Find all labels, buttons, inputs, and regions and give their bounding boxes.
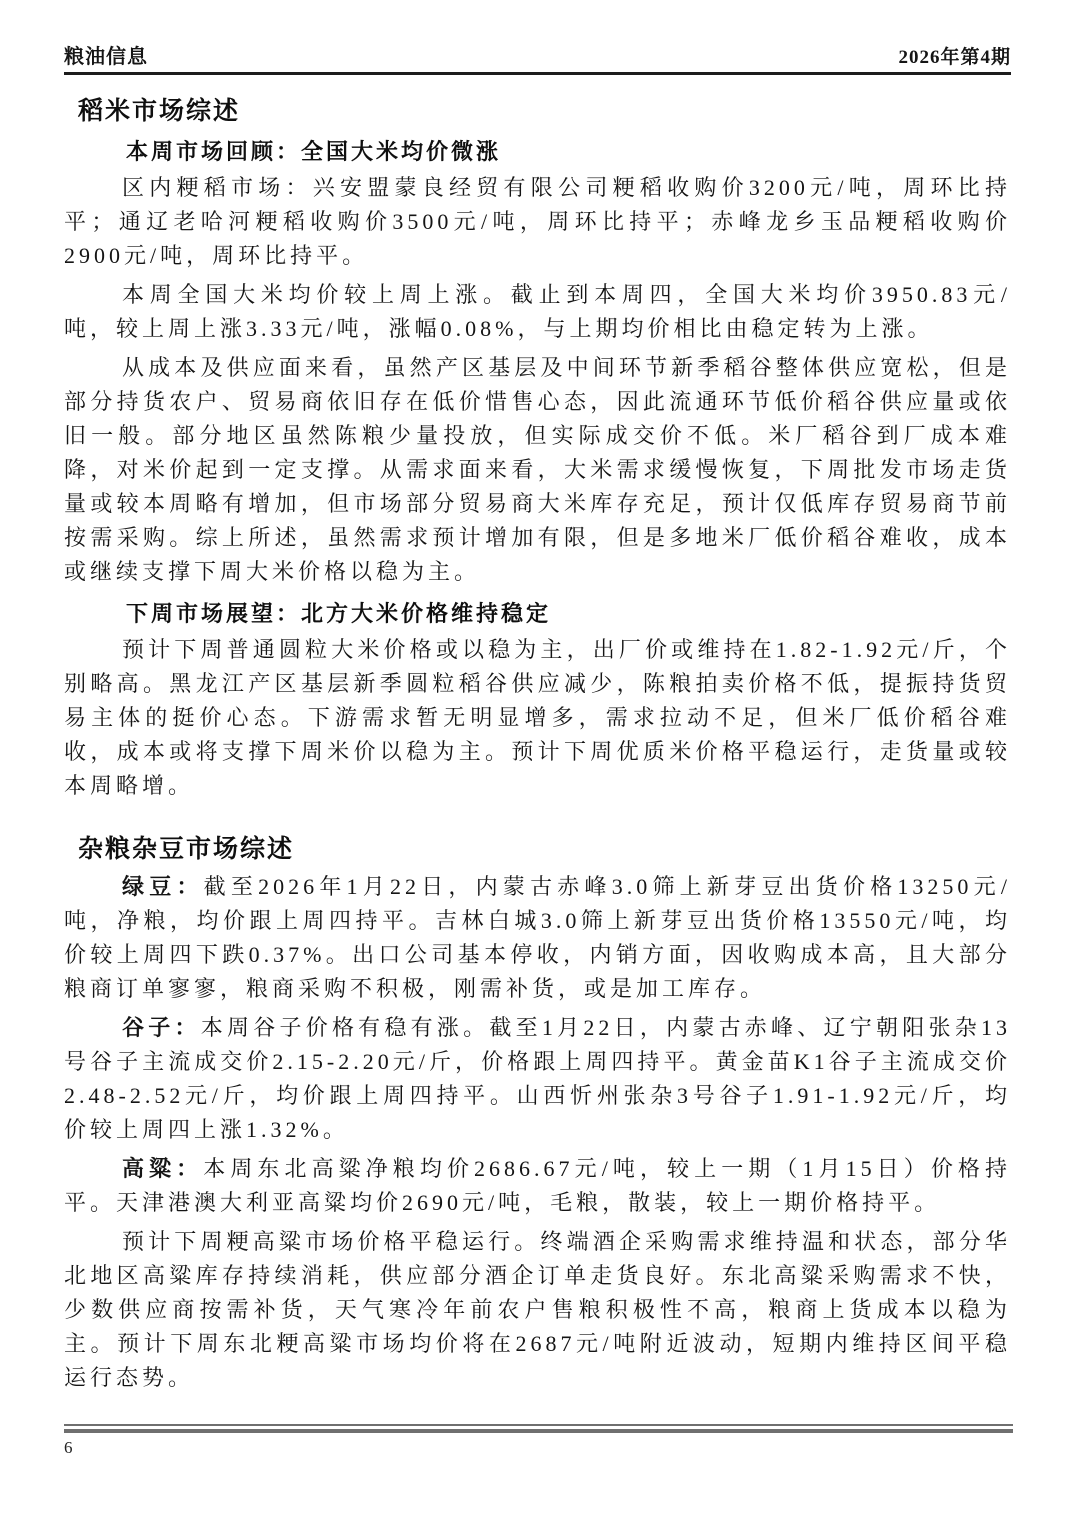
sorghum-outlook-paragraph: 预计下周粳高粱市场价格平稳运行。终端酒企采购需求维持温和状态，部分华北地区高粱库… xyxy=(64,1225,1011,1395)
page-number: 6 xyxy=(64,1438,73,1458)
grains-section-title: 杂粮杂豆市场综述 xyxy=(78,829,1011,865)
millet-text: 本周谷子价格有稳有涨。截至1月22日，内蒙古赤峰、辽宁朝阳张杂13号谷子主流成交… xyxy=(64,1015,1011,1142)
rice-outlook-paragraph: 预计下周普通圆粒大米价格或以稳为主，出厂价或维持在1.82-1.92元/斤，个别… xyxy=(64,633,1011,803)
sorghum-text: 本周东北高粱净粮均价2686.67元/吨，较上一期（1月15日）价格持平。天津港… xyxy=(64,1156,1011,1215)
issue-label: 2026年第4期 xyxy=(898,42,1011,69)
millet-paragraph: 谷子：本周谷子价格有稳有涨。截至1月22日，内蒙古赤峰、辽宁朝阳张杂13号谷子主… xyxy=(64,1011,1011,1147)
footer-divider xyxy=(64,1424,1013,1433)
sorghum-label: 高粱： xyxy=(122,1156,203,1181)
sorghum-paragraph: 高粱：本周东北高粱净粮均价2686.67元/吨，较上一期（1月15日）价格持平。… xyxy=(64,1152,1011,1220)
journal-title: 粮油信息 xyxy=(64,40,148,69)
rice-outlook-heading: 下周市场展望：北方大米价格维持稳定 xyxy=(64,597,1011,628)
rice-supply-demand-paragraph: 从成本及供应面来看，虽然产区基层及中间环节新季稻谷整体供应宽松，但是部分持货农户… xyxy=(64,351,1011,589)
mung-bean-paragraph: 绿豆：截至2026年1月22日，内蒙古赤峰3.0筛上新芽豆出货价格13250元/… xyxy=(64,870,1011,1006)
document-page: 粮油信息 2026年第4期 稻米市场综述 本周市场回顾：全国大米均价微涨 区内粳… xyxy=(0,0,1075,1524)
page-header: 粮油信息 2026年第4期 xyxy=(64,40,1011,75)
rice-review-heading: 本周市场回顾：全国大米均价微涨 xyxy=(64,135,1011,166)
rice-section-title: 稻米市场综述 xyxy=(78,91,1011,127)
rice-regional-paragraph: 区内粳稻市场：兴安盟蒙良经贸有限公司粳稻收购价3200元/吨，周环比持平；通辽老… xyxy=(64,171,1011,273)
rice-national-paragraph: 本周全国大米均价较上周上涨。截止到本周四，全国大米均价3950.83元/吨，较上… xyxy=(64,278,1011,346)
mung-bean-text: 截至2026年1月22日，内蒙古赤峰3.0筛上新芽豆出货价格13250元/吨，净… xyxy=(64,874,1011,1001)
mung-bean-label: 绿豆： xyxy=(122,874,204,899)
millet-label: 谷子： xyxy=(122,1015,201,1040)
